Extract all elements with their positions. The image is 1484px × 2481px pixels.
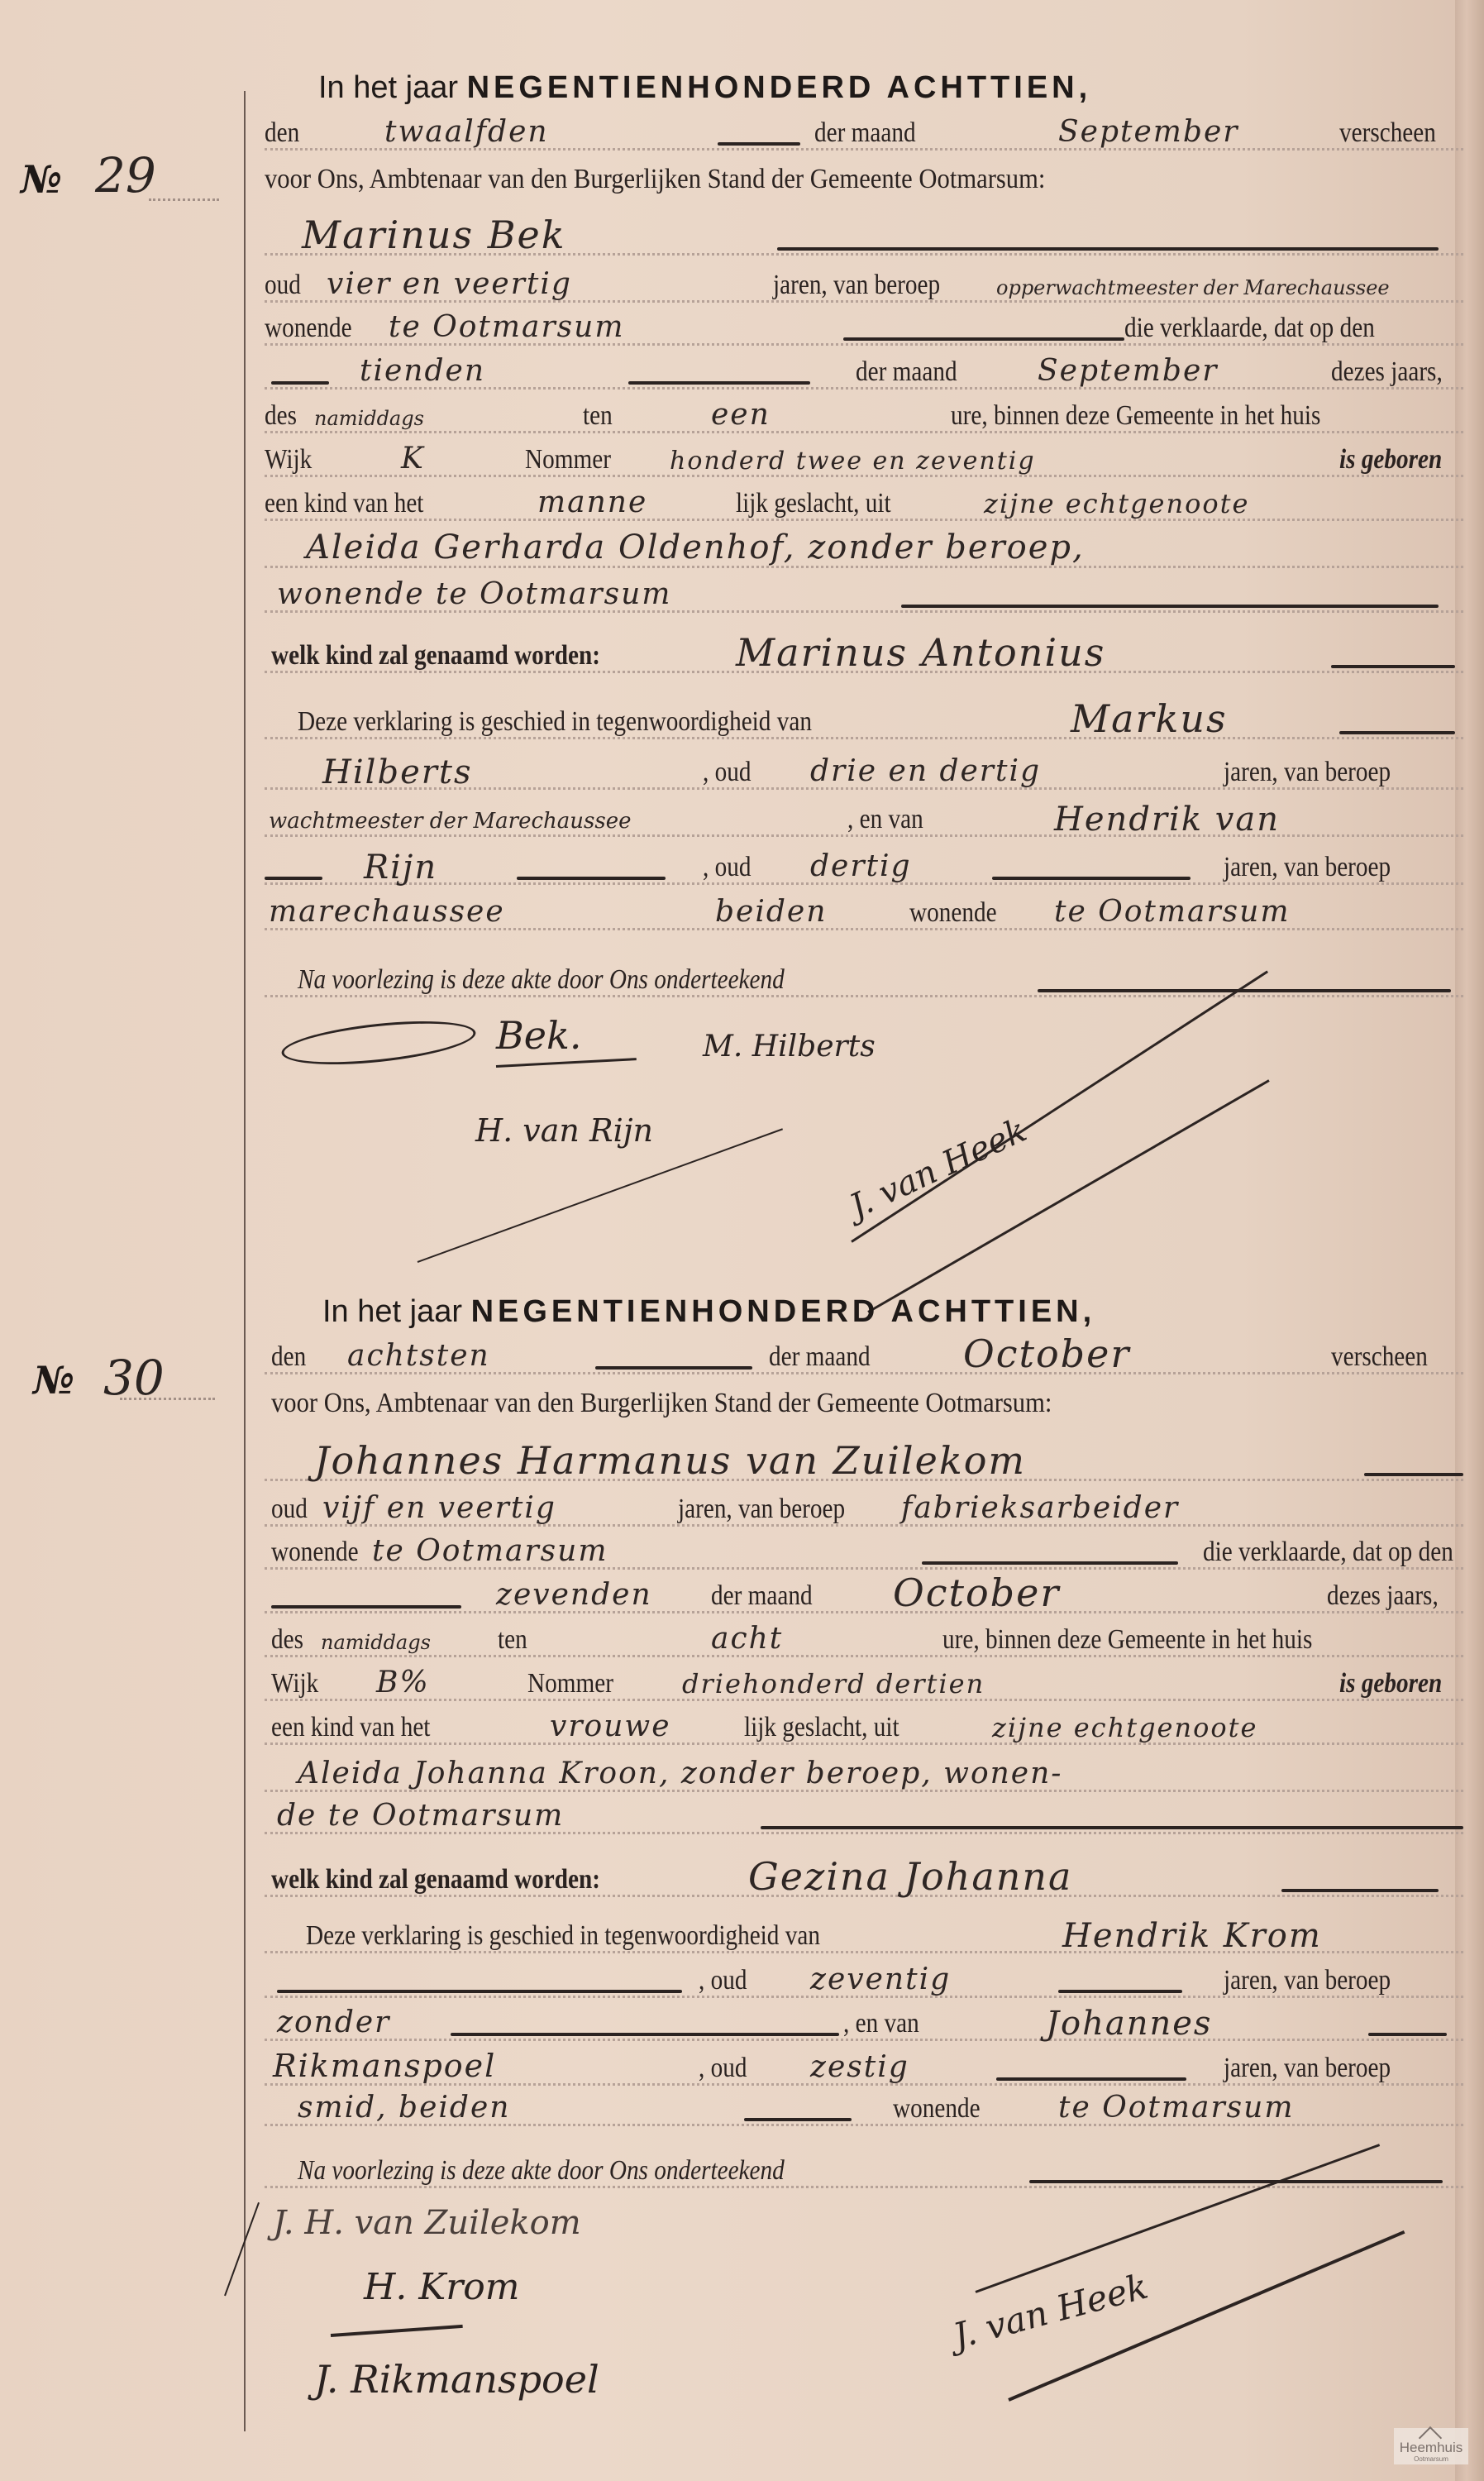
field-mother-intro: zijne echtgenoote <box>992 1712 1257 1743</box>
label-oud: , oud <box>699 1965 747 1996</box>
label-der-maand: der maand <box>769 1341 871 1373</box>
fill-dash <box>517 877 666 880</box>
label-jaren-beroep: jaren, van beroep <box>1224 852 1391 883</box>
number-label: № <box>33 1358 74 1403</box>
number-label: № <box>21 157 62 202</box>
label-oud: oud <box>271 1494 308 1525</box>
label-na-voorlezing: Na voorlezing is deze akte door Ons onde… <box>298 964 785 996</box>
fill-dash <box>595 1366 752 1370</box>
number-dots <box>120 1398 215 1400</box>
witness2-age-line: Rikmanspoel , oud zestig jaren, van bero… <box>265 2044 1463 2094</box>
label-een-kind: een kind van het <box>265 488 423 519</box>
field-hour: acht <box>711 1622 783 1656</box>
field-mother-residence: de te Ootmarsum <box>277 1799 564 1833</box>
label-ure: ure, binnen deze Gemeente in het huis <box>942 1624 1312 1656</box>
field-witness2-age: dertig <box>810 849 912 883</box>
field-birth-month: September <box>1038 354 1218 388</box>
age-occupation-line: oud vier en veertig jaren, van beroep op… <box>265 265 1463 311</box>
field-witness2-last: Rikmanspoel <box>273 2048 496 2084</box>
number-dots <box>149 198 219 201</box>
fill-dash <box>628 381 810 385</box>
label-wonende: wonende <box>893 2093 981 2125</box>
label-is-geboren: is geboren <box>1339 444 1442 476</box>
field-witnesses-residence: te Ootmarsum <box>1058 2091 1294 2125</box>
field-witness1-age: drie en dertig <box>810 754 1041 788</box>
field-hour: een <box>711 398 771 432</box>
residence-line: wonende te Ootmarsum die verklaarde, dat… <box>265 1532 1463 1578</box>
fill-dash <box>265 877 322 880</box>
field-witness2-last: Rijn <box>364 849 437 887</box>
birth-date-line: tienden der maand September dezes jaars, <box>265 351 1463 398</box>
label-nommer: Nommer <box>527 1668 613 1699</box>
mother-line: Aleida Gerharda Oldenhof, zonder beroep, <box>265 527 1463 576</box>
label-den: den <box>271 1341 306 1373</box>
fill-dash <box>1364 1473 1463 1476</box>
record-number: 29 <box>95 147 156 203</box>
heading: In het jaar NEGENTIENHONDERD ACHTTIEN, <box>318 70 1091 106</box>
label-nommer: Nommer <box>525 444 611 476</box>
field-month: October <box>963 1331 1130 1376</box>
field-witness2-occupation: marechaussee <box>269 895 505 929</box>
label-deze-verklaring: Deze verklaring is geschied in tegenwoor… <box>298 706 812 738</box>
field-witnesses-residence: te Ootmarsum <box>1054 895 1290 929</box>
label-der-maand: der maand <box>711 1580 813 1612</box>
mother-line: Aleida Johanna Kroon, zonder beroep, won… <box>265 1751 1463 1800</box>
heading-line: In het jaar NEGENTIENHONDERD ACHTTIEN, <box>265 66 1463 112</box>
signature-clause-line: Na voorlezing is deze akte door Ons onde… <box>265 959 1463 1006</box>
field-witnesses-both: beiden <box>715 895 827 929</box>
label-dezes-jaars: dezes jaars, <box>1331 356 1443 388</box>
field-declarant-age: vier en veertig <box>327 267 572 301</box>
label-oud: , oud <box>703 757 751 788</box>
sex-line: een kind van het vrouwe lijk geslacht, u… <box>265 1707 1463 1753</box>
label-dezes-jaars: dezes jaars, <box>1327 1580 1439 1612</box>
field-day: achtsten <box>347 1339 490 1373</box>
label-is-geboren: is geboren <box>1339 1668 1442 1699</box>
field-declarant-residence: te Ootmarsum <box>389 310 624 344</box>
label-voor-ons: voor Ons, Ambtenaar van den Burgerlijken… <box>265 164 1045 195</box>
field-month: September <box>1058 115 1238 149</box>
label-den: den <box>265 117 299 149</box>
heading-line: In het jaar NEGENTIENHONDERD ACHTTIEN, <box>265 1290 1463 1336</box>
declarant-line: Johannes Harmanus van Zuilekom <box>265 1435 1463 1489</box>
signature-witness1: M. Hilberts <box>703 1030 876 1064</box>
dotted-rule <box>265 1611 1463 1613</box>
label-verscheen: verscheen <box>1331 1341 1428 1373</box>
field-child-name: Gezina Johanna <box>748 1854 1072 1899</box>
signature-witness2: H. van Rijn <box>475 1112 653 1149</box>
label-ten: ten <box>498 1624 527 1656</box>
field-witness1-last: Hilberts <box>322 753 472 791</box>
field-witness2-age: zestig <box>810 2050 909 2084</box>
label-en-van: , en van <box>843 2008 919 2039</box>
label-jaren-beroep: jaren, van beroep <box>1224 2053 1391 2084</box>
witness1-occupation-line: zonder , en van Johannes <box>265 2003 1463 2049</box>
witness1-line: Deze verklaring is geschied in tegenwoor… <box>265 1912 1463 1962</box>
field-wijk: B% <box>376 1666 430 1699</box>
label-wijk: Wijk <box>265 444 312 476</box>
field-child-name: Marinus Antonius <box>736 630 1105 675</box>
label-voor-ons: voor Ons, Ambtenaar van den Burgerlijken… <box>271 1388 1052 1419</box>
witness2-age-line: Rijn , oud dertig jaren, van beroep <box>265 844 1463 893</box>
margin-rule <box>244 91 246 2431</box>
label-ten: ten <box>583 400 613 432</box>
field-witness1-occupation: zonder <box>277 2005 390 2039</box>
signature-witness1: H. Krom <box>364 2266 519 2308</box>
fill-dash <box>271 381 329 385</box>
field-house-number: driehonderd dertien <box>682 1668 985 1699</box>
heemhuis-watermark: Heemhuis Ootmarsum <box>1394 2428 1468 2464</box>
field-wijk: K <box>401 442 425 476</box>
fill-dash <box>922 1561 1178 1565</box>
label-lijk-geslacht: lijk geslacht, uit <box>736 488 891 519</box>
mother-residence-line: wonende te Ootmarsum <box>265 575 1463 621</box>
heading-prefix: In het jaar <box>322 1294 462 1329</box>
field-witness1-first: Hendrik Krom <box>1062 1917 1322 1955</box>
field-sex: vrouwe <box>550 1709 671 1743</box>
signature-declarant: Bek. <box>496 1013 582 1058</box>
field-birth-day: zevenden <box>496 1578 652 1612</box>
field-witness2-occupation: smid, beiden <box>298 2091 510 2125</box>
label-lijk-geslacht: lijk geslacht, uit <box>744 1712 899 1743</box>
official-line: voor Ons, Ambtenaar van den Burgerlijken… <box>265 159 1463 205</box>
fill-dash <box>1029 2180 1443 2183</box>
heading-prefix: In het jaar <box>318 70 458 105</box>
heading-year: NEGENTIENHONDERD ACHTTIEN, <box>467 70 1092 105</box>
label-jaren-beroep: jaren, van beroep <box>773 270 940 301</box>
field-declarant: Johannes Harmanus van Zuilekom <box>314 1438 1026 1483</box>
fill-dash <box>1038 989 1451 992</box>
field-witness1-occupation: wachtmeester der Marechaussee <box>269 809 631 834</box>
witness2-occupation-line: marechaussee beiden wonende te Ootmarsum <box>265 889 1463 939</box>
field-mother-intro: zijne echtgenoote <box>984 488 1249 519</box>
field-declarant-occupation: fabrieksarbeider <box>901 1491 1179 1525</box>
label-jaren-beroep: jaren, van beroep <box>1224 757 1391 788</box>
label-des: des <box>265 400 297 432</box>
fill-dash <box>718 142 800 146</box>
sex-line: een kind van het manne lijk geslacht, ui… <box>265 483 1463 529</box>
label-oud: , oud <box>703 852 751 883</box>
date-line: den twaalfden der maand September versch… <box>265 112 1463 159</box>
label-der-maand: der maand <box>814 117 916 149</box>
fill-dash <box>1331 665 1455 668</box>
signature-witness2: J. Rikmanspoel <box>314 2357 599 2402</box>
field-mother: Aleida Johanna Kroon, zonder beroep, won… <box>298 1757 1062 1790</box>
field-birth-month: October <box>893 1570 1060 1615</box>
witness2-occupation-line: smid, beiden wonende te Ootmarsum <box>265 2088 1463 2134</box>
fill-dash <box>1281 1889 1439 1892</box>
fill-dash <box>777 247 1439 251</box>
mother-residence-line: de te Ootmarsum <box>265 1796 1463 1843</box>
fill-dash <box>744 2118 852 2121</box>
label-welk-kind: welk kind zal genaamd worden: <box>271 640 600 672</box>
fill-dash <box>1368 2033 1447 2036</box>
label-wonende: wonende <box>265 313 352 344</box>
signature-clause-line: Na voorlezing is deze akte door Ons onde… <box>265 2150 1463 2197</box>
declarant-line: Marinus Bek <box>265 211 1463 264</box>
field-mother: Aleida Gerharda Oldenhof, zonder beroep, <box>306 528 1085 566</box>
label-wijk: Wijk <box>271 1668 318 1699</box>
child-name-line: welk kind zal genaamd worden: Gezina Joh… <box>265 1852 1463 1905</box>
witness1-line: Deze verklaring is geschied in tegenwoor… <box>265 695 1463 748</box>
time-line: des namiddags ten een ure, binnen deze G… <box>265 395 1463 442</box>
residence-line: wonende te Ootmarsum die verklaarde, dat… <box>265 308 1463 354</box>
label-welk-kind: welk kind zal genaamd worden: <box>271 1864 600 1895</box>
field-birth-day: tienden <box>360 354 485 388</box>
field-time-of-day: namiddags <box>314 407 424 430</box>
field-house-number: honderd twee en zeventig <box>670 447 1036 476</box>
label-wonende: wonende <box>271 1537 359 1568</box>
label-oud: oud <box>265 270 301 301</box>
fill-dash <box>1339 731 1455 734</box>
field-time-of-day: namiddags <box>321 1631 431 1654</box>
field-day: twaalfden <box>384 115 549 149</box>
fill-dash <box>761 1826 1463 1829</box>
birth-date-line: zevenden der maand October dezes jaars, <box>265 1575 1463 1622</box>
label-na-voorlezing: Na voorlezing is deze akte door Ons onde… <box>298 2155 785 2187</box>
witness1-occupation-line: wachtmeester der Marechaussee , en van H… <box>265 796 1463 845</box>
fill-dash <box>843 337 1124 341</box>
fill-dash <box>1058 1990 1182 1993</box>
label-een-kind: een kind van het <box>271 1712 430 1743</box>
label-wonende: wonende <box>909 897 997 929</box>
field-declarant-occupation: opperwachtmeester der Marechaussee <box>996 276 1390 299</box>
heading: In het jaar NEGENTIENHONDERD ACHTTIEN, <box>322 1294 1095 1330</box>
field-declarant: Marinus Bek <box>302 213 566 257</box>
label-die-verklaarde: die verklaarde, dat op den <box>1124 313 1375 344</box>
fill-dash <box>996 2077 1186 2081</box>
field-mother-residence: wonende te Ootmarsum <box>277 577 671 611</box>
label-die-verklaarde: die verklaarde, dat op den <box>1203 1537 1453 1568</box>
official-line: voor Ons, Ambtenaar van den Burgerlijken… <box>265 1383 1463 1429</box>
watermark-name: Heemhuis <box>1394 2440 1468 2456</box>
fill-dash <box>451 2033 839 2036</box>
witness1-age-line: Hilberts , oud drie en dertig jaren, van… <box>265 748 1463 798</box>
field-witness2-first: Johannes <box>1046 2005 1212 2043</box>
date-line: den achtsten der maand October verscheen <box>265 1336 1463 1383</box>
witness1-age-line: , oud zeventig jaren, van beroep <box>265 1960 1463 2006</box>
field-declarant-residence: te Ootmarsum <box>372 1534 608 1568</box>
field-witness2-first: Hendrik van <box>1054 801 1280 839</box>
label-jaren-beroep: jaren, van beroep <box>678 1494 845 1525</box>
child-name-line: welk kind zal genaamd worden: Marinus An… <box>265 629 1463 681</box>
heading-year: NEGENTIENHONDERD ACHTTIEN, <box>471 1294 1096 1329</box>
time-line: des namiddags ten acht ure, binnen deze … <box>265 1619 1463 1666</box>
field-declarant-age: vijf en veertig <box>322 1491 556 1525</box>
fill-dash <box>277 1990 682 1993</box>
age-occupation-line: oud vijf en veertig jaren, van beroep fa… <box>265 1489 1463 1535</box>
label-verscheen: verscheen <box>1339 117 1436 149</box>
label-ure: ure, binnen deze Gemeente in het huis <box>951 400 1320 432</box>
field-sex: manne <box>537 485 647 519</box>
fill-dash <box>992 877 1191 880</box>
watermark-subtitle: Ootmarsum <box>1394 2455 1468 2463</box>
label-jaren-beroep: jaren, van beroep <box>1224 1965 1391 1996</box>
fill-dash <box>901 605 1439 608</box>
fill-dash <box>271 1605 461 1609</box>
signature-declarant: J. H. van Zuilekom <box>273 2204 581 2242</box>
label-des: des <box>271 1624 303 1656</box>
field-witness1-first: Markus <box>1071 696 1228 741</box>
field-witness1-age: zeventig <box>810 1962 951 1996</box>
address-line: Wijk K Nommer honderd twee en zeventig i… <box>265 439 1463 485</box>
label-der-maand: der maand <box>856 356 957 388</box>
address-line: Wijk B% Nommer driehonderd dertien is ge… <box>265 1663 1463 1709</box>
label-deze-verklaring: Deze verklaring is geschied in tegenwoor… <box>306 1920 820 1952</box>
label-en-van: , en van <box>847 804 923 835</box>
label-oud: , oud <box>699 2053 747 2084</box>
